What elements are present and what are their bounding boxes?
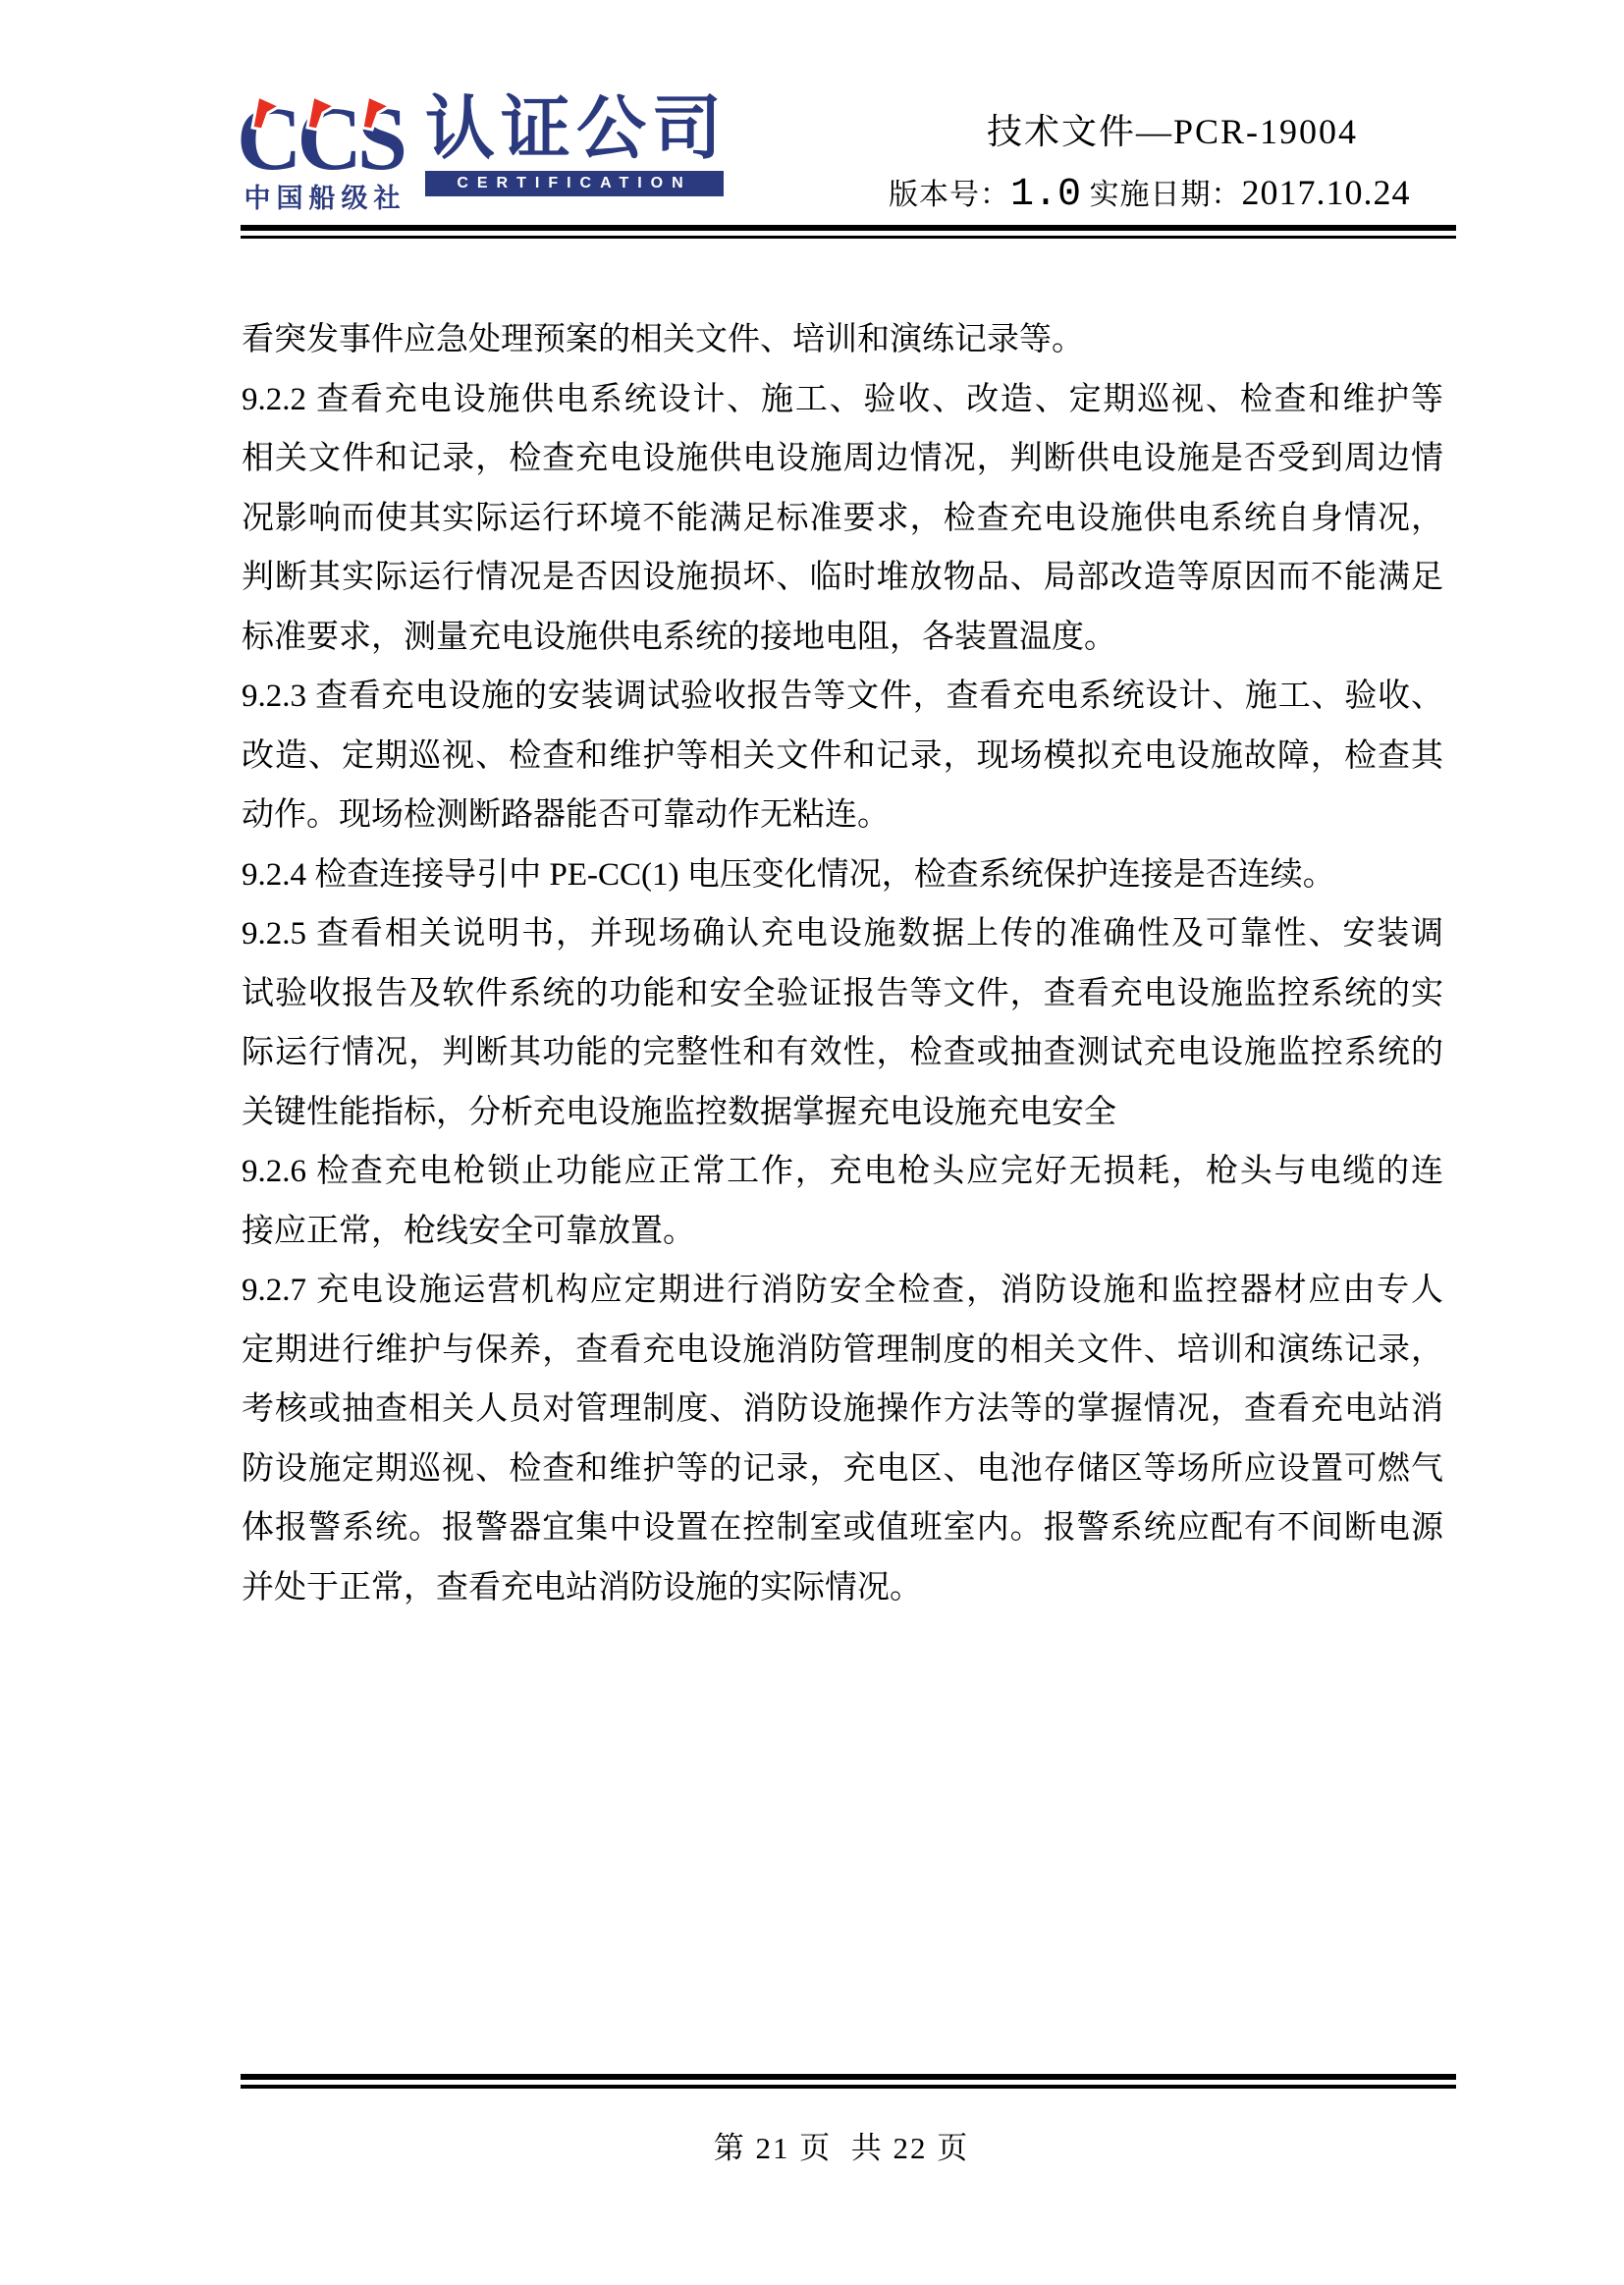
body-line: 考核或抽查相关人员对管理制度、消防设施操作方法等的掌握情况，查看充电站消 [242,1380,1443,1440]
body-line: 并处于正常，查看充电站消防设施的实际情况。 [242,1558,1443,1618]
header-rule-thick [241,225,1456,231]
body-line: 9.2.6 检查充电枪锁止功能应正常工作，充电枪头应完好无损耗，枪头与电缆的连 [242,1142,1443,1202]
body-line: 改造、定期巡视、检查和维护等相关文件和记录，现场模拟充电设施故障，检查其 [242,727,1443,787]
document-header-info: 技术文件—PCR-19004 版本号：1.0 实施日期：2017.10.24 [889,104,1456,217]
version-date-line: 版本号：1.0 实施日期：2017.10.24 [889,170,1456,217]
ccs-logo-left: CCS 中国船级社 [241,94,409,215]
body-line: 9.2.2 查看充电设施供电系统设计、施工、验收、改造、定期巡视、检查和维护等 [242,370,1443,430]
body-line: 相关文件和记录，检查充电设施供电设施周边情况，判断供电设施是否受到周边情 [242,429,1443,489]
body-line: 9.2.4 检查连接导引中 PE-CC(1) 电压变化情况，检查系统保护连接是否… [242,845,1443,905]
body-line: 体报警系统。报警器宜集中设置在控制室或值班室内。报警系统应配有不间断电源 [242,1498,1443,1558]
body-line: 判断其实际运行情况是否因设施损坏、临时堆放物品、局部改造等原因而不能满足 [242,548,1443,608]
body-line: 9.2.5 查看相关说明书，并现场确认充电设施数据上传的准确性及可靠性、安装调 [242,904,1443,964]
version-label: 版本号： [889,179,1010,211]
body-line: 看突发事件应急处理预案的相关文件、培训和演练记录等。 [242,310,1443,370]
body-line: 9.2.7 充电设施运营机构应定期进行消防安全检查，消防设施和监控器材应由专人 [242,1261,1443,1321]
version-value: 1.0 [1010,173,1081,217]
page-number: 第 21 页 共 22 页 [241,2123,1442,2167]
footer-rule-thick [241,2074,1456,2080]
ccs-logo-right: 认证公司 CERTIFICATION [425,94,728,196]
logo-company-text: 认证公司 [425,94,728,165]
body-line: 动作。现场检测断路器能否可靠动作无粘连。 [242,786,1443,845]
header-rule-thin [241,236,1456,239]
body-line: 防设施定期巡视、检查和维护等的记录，充电区、电池存储区等场所应设置可燃气 [242,1440,1443,1499]
logo-society-text: 中国船级社 [244,177,406,215]
logo-certification-banner: CERTIFICATION [425,171,724,196]
body-line: 标准要求，测量充电设施供电系统的接地电阻，各装置温度。 [242,608,1443,668]
body-line: 定期进行维护与保养，查看充电设施消防管理制度的相关文件、培训和演练记录， [242,1321,1443,1381]
date-label: 实施日期： [1081,179,1242,211]
body-line: 9.2.3 查看充电设施的安装调试验收报告等文件，查看充电系统设计、施工、验收、 [242,667,1443,727]
ccs-logo-mark-icon: CCS [241,94,409,175]
body-line: 关键性能指标，分析充电设施监控数据掌握充电设施充电安全 [242,1083,1443,1143]
date-value: 2017.10.24 [1242,173,1411,212]
ccs-logo: CCS 中国船级社 认证公司 CERTIFICATION [241,94,728,215]
body-line: 试验收报告及软件系统的功能和安全验证报告等文件，查看充电设施监控系统的实 [242,964,1443,1024]
body-line: 际运行情况，判断其功能的完整性和有效性，检查或抽查测试充电设施监控系统的 [242,1023,1443,1083]
document-page: CCS 中国船级社 认证公司 CERTIFICATION 技术文件—PCR-19… [0,0,1624,2285]
body-line: 接应正常，枪线安全可靠放置。 [242,1202,1443,1262]
footer-rule-thin [241,2085,1456,2089]
body-line: 况影响而使其实际运行环境不能满足标准要求，检查充电设施供电系统自身情况， [242,489,1443,549]
body-lines: 看突发事件应急处理预案的相关文件、培训和演练记录等。9.2.2 查看充电设施供电… [242,310,1443,1617]
document-number: 技术文件—PCR-19004 [889,104,1456,154]
